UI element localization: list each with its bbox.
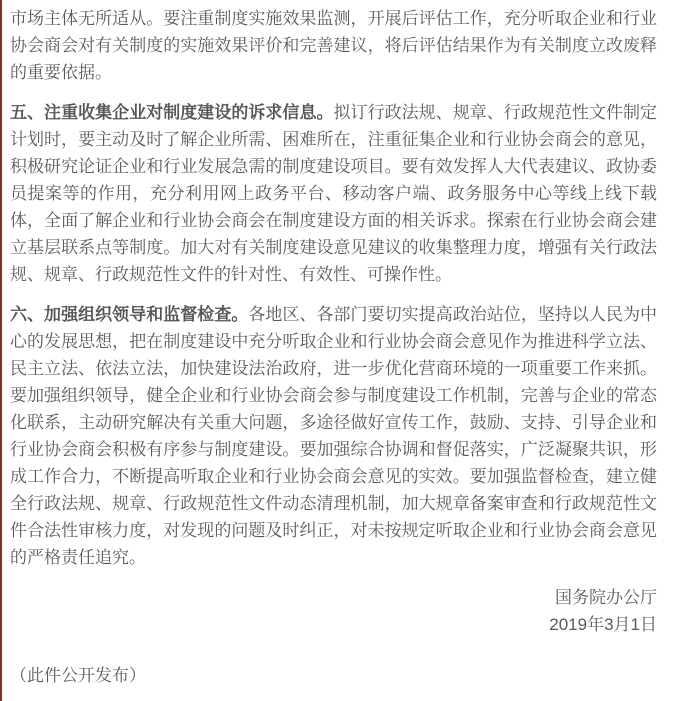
paragraph-body: 拟订行政法规、规章、行政规范性文件制定计划时，要主动及时了解企业所需、困难所在，… (10, 103, 657, 284)
signature-issuer: 国务院办公厅 (10, 584, 657, 611)
signature-block: 国务院办公厅 2019年3月1日 (10, 584, 657, 638)
signature-date: 2019年3月1日 (10, 611, 657, 638)
paragraph-body: 各地区、各部门要切实提高政治站位，坚持以人民为中心的发展思想，把在制度建设中充分… (10, 305, 657, 567)
paragraph-section-5: 五、注重收集企业对制度建设的诉求信息。拟订行政法规、规章、行政规范性文件制定计划… (10, 99, 657, 288)
section-6-heading: 六、加强组织领导和监督检查。 (10, 305, 248, 324)
document-page: 市场主体无所适从。要注重制度实施效果监测，开展后评估工作，充分听取企业和行业协会… (0, 0, 674, 701)
paragraph-section-6: 六、加强组织领导和监督检查。各地区、各部门要切实提高政治站位，坚持以人民为中心的… (10, 301, 657, 571)
section-5-heading: 五、注重收集企业对制度建设的诉求信息。 (10, 103, 334, 122)
paragraph-continuation: 市场主体无所适从。要注重制度实施效果监测，开展后评估工作，充分听取企业和行业协会… (10, 5, 657, 86)
paragraph-body: 市场主体无所适从。要注重制度实施效果监测，开展后评估工作，充分听取企业和行业协会… (10, 9, 657, 82)
footnote-publication-note: （此件公开发布） (10, 662, 657, 689)
